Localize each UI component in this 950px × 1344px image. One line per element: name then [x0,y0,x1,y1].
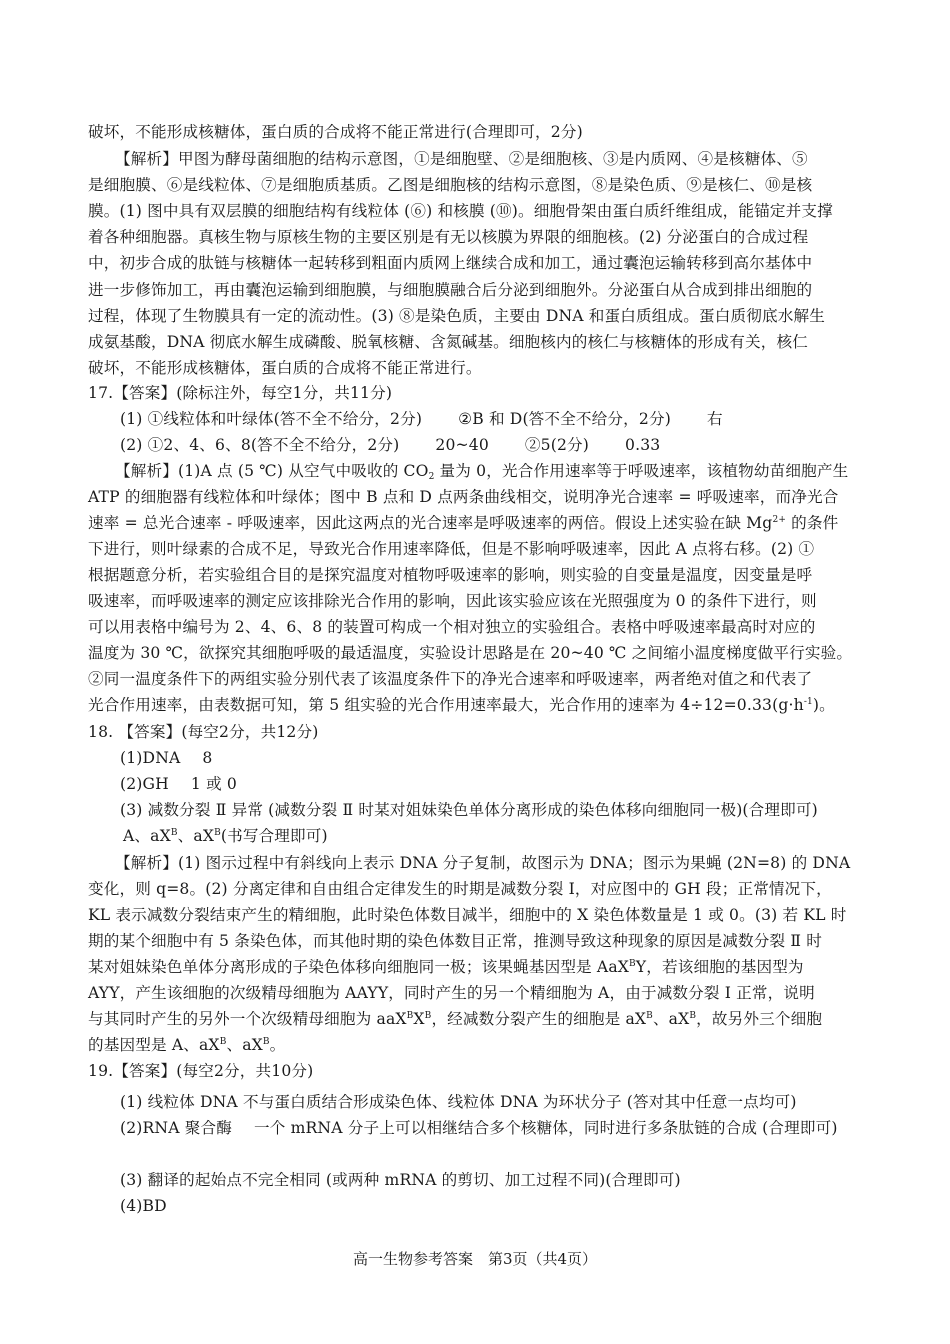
text: )。 [813,696,835,714]
q18-analysis-line: 某对姐妹染色单体分离形成的子染色体移向细胞同一极；该果蝇基因型是 AaXBY，若… [88,957,868,977]
superscript: B [263,1037,270,1047]
q18-analysis-line: 与其同时产生的另外一个次级精母细胞为 aaXBXB，经减数分裂产生的细胞是 aX… [88,1009,868,1029]
superscript: B [171,828,178,838]
q17-answer-1: (1) ①线粒体和叶绿体(答不全不给分，2分)②B 和 D(答不全不给分，2分)… [120,409,900,429]
q17-analysis-line: 【解析】(1)A 点 (5 ℃) 从空气中吸收的 CO2 量为 0，光合作用速率… [115,461,895,481]
q18-answer-4: A、aXB、aXB(书写合理即可) [123,826,903,846]
q17-analysis-line: 光合作用速率，由表数据可知，第 5 组实验的光合作用速率最大，光合作用的速率为 … [88,695,868,715]
q17-answer-2-4: 0.33 [625,436,660,454]
text: 速率 = 总光合速率 - 呼吸速率，因此这两点的光合速率是呼吸速率的两倍。假设上… [88,514,772,532]
q16-analysis-line: 是细胞膜、⑥是线粒体、⑦是细胞质基质。乙图是细胞核的结构示意图，⑧是染色质、⑨是… [88,175,868,195]
text: 的条件 [786,514,838,532]
text: 与其同时产生的另外一个次级精母细胞为 aaX [88,1010,407,1028]
q18-analysis-line: 期的某个细胞中有 5 条染色体，而其他时期的染色体数目正常，推测导致这种现象的原… [88,931,868,951]
text: A、aX [123,827,171,845]
q19-answer-1: (1) 线粒体 DNA 不与蛋白质结合形成染色体、线粒体 DNA 为环状分子 (… [120,1092,900,1112]
page-footer: 高一生物参考答案 第3页（共4页） [0,1249,950,1269]
q17-analysis-line: ②同一温度条件下的两组实验分别代表了该温度条件下的净光合速率和呼吸速率，两者绝对… [88,669,868,689]
q19-answer-4: (4)BD [120,1196,900,1216]
text: ，故另外三个细胞 [696,1010,822,1028]
q16-analysis-line: 破坏，不能形成核糖体，蛋白质的合成将不能正常进行。 [88,358,868,378]
q18-answer-1-2: 8 [202,749,212,767]
q18-answer-3: (3) 减数分裂 Ⅱ 异常 (减数分裂 Ⅱ 时某对姐妹染色单体分离形成的染色体移… [120,800,900,820]
q17-analysis-line: 温度为 30 ℃，欲探究其细胞呼吸的最适温度，实验设计思路是在 20~40 ℃ … [88,643,868,663]
q17-answer-2: (2) ①2、4、6、8(答不全不给分，2分)20~40②5(2分)0.33 [120,435,900,455]
q19-header: 19.【答案】(每空2分，共10分) [88,1061,868,1081]
superscript: B [629,959,636,969]
text: 、aX [653,1010,689,1028]
q17-analysis-line: ATP 的细胞器有线粒体和叶绿体；图中 B 点和 D 点两条曲线相交，说明净光合… [88,487,868,507]
q18-answer-1-1: (1)DNA [120,749,180,767]
text: 、aX [226,1036,262,1054]
superscript: -1 [804,697,813,707]
q16-analysis-line: 着各种细胞器。真核生物与原核生物的主要区别是有无以核膜为界限的细胞核。(2) 分… [88,227,868,247]
q17-answer-1-3: 右 [707,410,723,428]
q16-analysis-line: 中，初步合成的肽链与核糖体一起转移到粗面内质网上继续合成和加工，通过囊泡运输转移… [88,253,868,273]
q16-analysis-line: 膜。(1) 图中具有双层膜的细胞结构有线粒体 (⑥) 和核膜 (⑩)。细胞骨架由… [88,201,868,221]
q18-analysis-line: AYY，产生该细胞的次级精母细胞为 AAYY，同时产生的另一个精细胞为 A，由于… [88,983,868,1003]
text: 【解析】(1)A 点 (5 ℃) 从空气中吸收的 CO [115,462,429,480]
q18-analysis-line: 的基因型是 A、aXB、aXB。 [88,1035,868,1055]
q16-analysis-line: 成氨基酸，DNA 彻底水解生成磷酸、脱氧核糖、含氮碱基。细胞核内的核仁与核糖体的… [88,332,868,352]
q19-answer-3: (3) 翻译的起始点不完全相同 (或两种 mRNA 的剪切、加工过程不同)(合理… [120,1170,900,1190]
q17-analysis-line: 根据题意分析，若实验组合目的是探究温度对植物呼吸速率的影响，则实验的自变量是温度… [88,565,868,585]
text: X [413,1010,424,1028]
q18-header: 18. 【答案】(每空2分，共12分) [88,722,868,742]
text: ，经减数分裂产生的细胞是 aX [431,1010,646,1028]
q18-answer-2-2: 1 或 0 [191,775,237,793]
q18-analysis-line: KL 表示减数分裂结束产生的精细胞，此时染色体数目减半，细胞中的 X 染色体数量… [88,905,868,925]
q19-answer-2-1: (2)RNA 聚合酶 [120,1119,232,1137]
text: 。 [270,1036,286,1054]
q17-header: 17.【答案】(除标注外，每空1分，共11分) [88,383,868,403]
text: 的基因型是 A、aX [88,1036,220,1054]
q17-answer-1-2: ②B 和 D(答不全不给分，2分) [458,410,671,428]
q16-analysis-line: 进一步修饰加工，再由囊泡运输到细胞膜，与细胞膜融合后分泌到细胞外。分泌蛋白从合成… [88,280,868,300]
superscript: 2+ [772,515,786,525]
q18-answer-1: (1)DNA8 [120,748,900,768]
q17-analysis-line: 速率 = 总光合速率 - 呼吸速率，因此这两点的光合速率是呼吸速率的两倍。假设上… [88,513,868,533]
superscript: B [646,1011,653,1021]
answer-key-page: 破坏，不能形成核糖体，蛋白质的合成将不能正常进行(合理即可，2分) 【解析】甲图… [0,0,950,1344]
q17-answer-1-1: (1) ①线粒体和叶绿体(答不全不给分，2分) [120,410,422,428]
text: 某对姐妹染色单体分离形成的子染色体移向细胞同一极；该果蝇基因型是 AaX [88,958,629,976]
q17-analysis-line: 下进行，则叶绿素的合成不足，导致光合作用速率降低，但是不影响呼吸速率，因此 A … [88,539,868,559]
q17-answer-2-1: (2) ①2、4、6、8(答不全不给分，2分) [120,436,399,454]
q18-analysis-line: 【解析】(1) 图示过程中有斜线向上表示 DNA 分子复制，故图示为 DNA；图… [115,853,895,873]
q18-answer-2: (2)GH1 或 0 [120,774,900,794]
superscript: B [214,828,221,838]
q16-analysis-line: 过程，体现了生物膜具有一定的流动性。(3) ⑧是染色质，主要由 DNA 和蛋白质… [88,306,868,326]
q18-answer-2-1: (2)GH [120,775,169,793]
q16-analysis-line: 【解析】甲图为酵母菌细胞的结构示意图，①是细胞壁、②是细胞核、③是内质网、④是核… [115,149,895,169]
q17-analysis-line: 可以用表格中编号为 2、4、6、8 的装置可构成一个相对独立的实验组合。表格中呼… [88,617,868,637]
q17-analysis-line: 吸速率，而呼吸速率的测定应该排除光合作用的影响，因此该实验应该在光照强度为 0 … [88,591,868,611]
q17-answer-2-2: 20~40 [435,436,489,454]
text: 量为 0，光合作用速率等于呼吸速率，该植物幼苗细胞产生 [434,462,848,480]
text: Y，若该细胞的基因型为 [636,958,804,976]
text: 、aX [178,827,214,845]
q18-analysis-line: 变化，则 q=8。(2) 分离定律和自由组合定律发生的时期是减数分裂 I，对应图… [88,879,868,899]
text: 光合作用速率，由表数据可知，第 5 组实验的光合作用速率最大，光合作用的速率为 … [88,696,804,714]
text: (书写合理即可) [221,827,328,845]
q17-answer-2-3: ②5(2分) [525,436,589,454]
q16-answer-tail: 破坏，不能形成核糖体，蛋白质的合成将不能正常进行(合理即可，2分) [88,122,868,142]
q19-answer-2: (2)RNA 聚合酶一个 mRNA 分子上可以相继结合多个核糖体，同时进行多条肽… [120,1118,900,1138]
q19-answer-2-2: 一个 mRNA 分子上可以相继结合多个核糖体，同时进行多条肽链的合成 (合理即可… [254,1119,838,1137]
